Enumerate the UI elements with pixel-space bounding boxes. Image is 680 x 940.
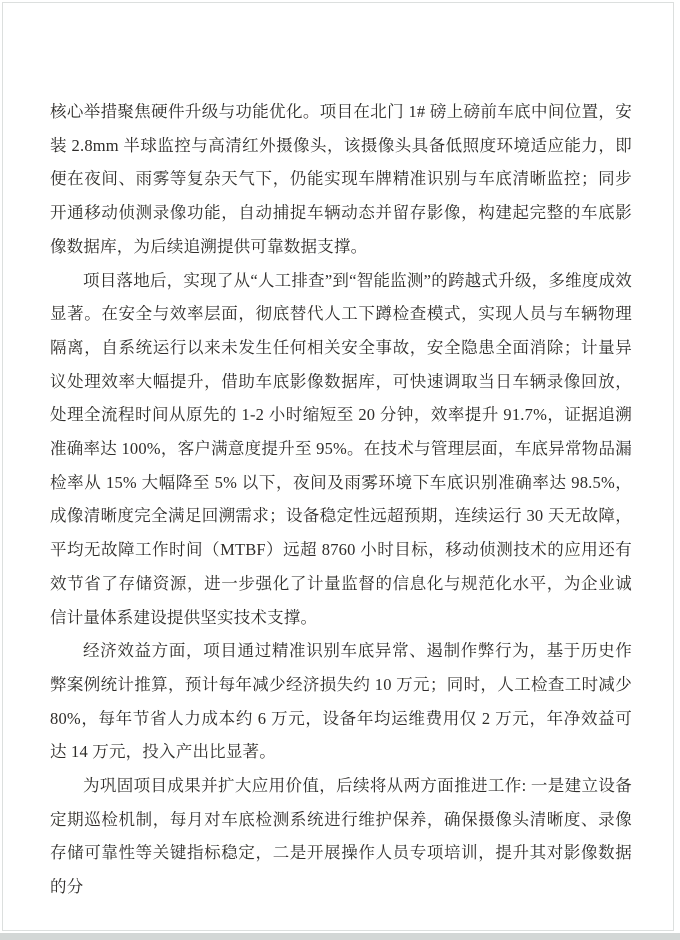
- document-page: 核心举措聚焦硬件升级与功能优化。项目在北门 1# 磅上磅前车底中间位置，安装 2…: [0, 0, 680, 940]
- paragraph-project-results: 项目落地后，实现了从“人工排查”到“智能监测”的跨越式升级，多维度成效显著。在安…: [50, 264, 632, 635]
- document-body: 核心举措聚焦硬件升级与功能优化。项目在北门 1# 磅上磅前车底中间位置，安装 2…: [50, 95, 632, 904]
- page-bottom-edge: [0, 933, 680, 940]
- paragraph-core-measures: 核心举措聚焦硬件升级与功能优化。项目在北门 1# 磅上磅前车底中间位置，安装 2…: [50, 95, 632, 264]
- paragraph-future-work: 为巩固项目成果并扩大应用价值，后续将从两方面推进工作: 一是建立设备定期巡检机制…: [50, 769, 632, 904]
- paragraph-economic-benefits: 经济效益方面，项目通过精准识别车底异常、遏制作弊行为，基于历史作弊案例统计推算，…: [50, 634, 632, 769]
